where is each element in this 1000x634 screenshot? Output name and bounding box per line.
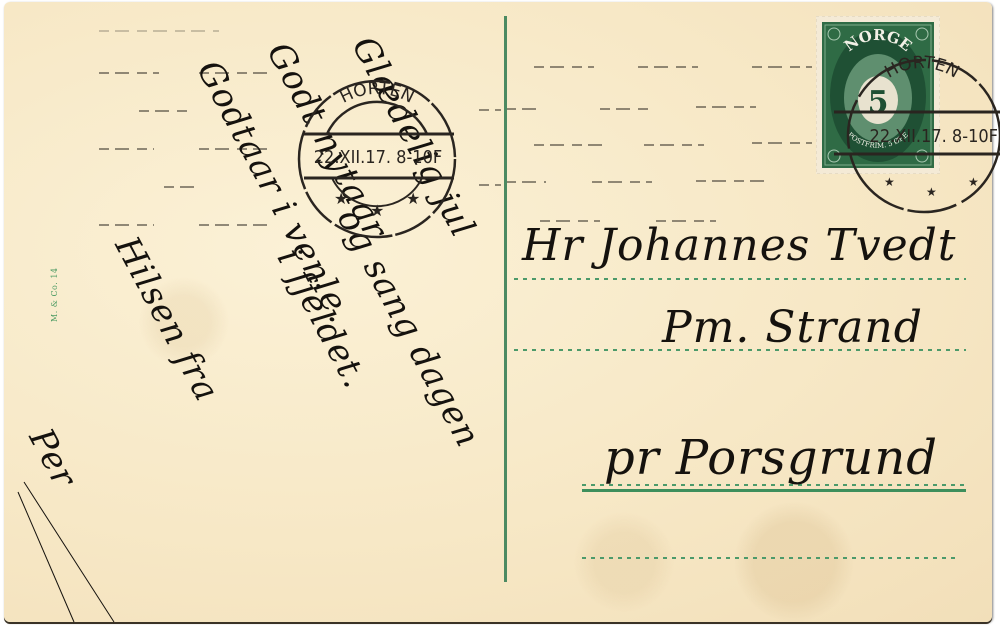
address-underline	[582, 489, 966, 492]
address-guide-line	[506, 181, 546, 183]
message-guide-line	[164, 186, 194, 188]
address-guide-line	[696, 106, 756, 108]
message-guide-line	[99, 30, 219, 32]
address-line-4	[582, 557, 958, 559]
postmark-right: HORTEN 22.XII.17. 8-10F ★ ★ ★	[834, 46, 1000, 216]
message-guide-line	[199, 224, 269, 226]
address-guide-line	[506, 108, 536, 110]
address-line-1	[514, 278, 966, 280]
message-guide-line	[479, 109, 501, 111]
postmark-date: 22.XII.17. 8-10F	[870, 126, 998, 147]
postmark-star-icon: ★	[334, 191, 348, 208]
address-recipient: Hr Johannes Tvedt	[522, 220, 956, 271]
svg-text:HORTEN: HORTEN	[881, 53, 962, 83]
signature-flourish	[4, 442, 124, 634]
postmark-star-icon: ★	[406, 191, 420, 208]
svg-text:HORTEN: HORTEN	[337, 79, 417, 108]
postmark-star-icon: ★	[884, 175, 895, 189]
address-guide-line	[644, 144, 704, 146]
address-town: pr Porsgrund	[604, 430, 938, 486]
postmark-town: HORTEN	[337, 79, 417, 108]
address-guide-line	[534, 66, 594, 68]
address-guide-line	[600, 108, 650, 110]
address-guide-line	[752, 142, 812, 144]
postmark-star-icon: ★	[968, 175, 979, 189]
message-guide-line	[139, 110, 189, 112]
message-guide-line	[99, 72, 159, 74]
address-guide-line	[696, 180, 766, 182]
address-guide-line	[638, 66, 698, 68]
postmark-left: HORTEN 22.XII.17. 8-10F ★ ★ ★	[282, 64, 472, 254]
address-guide-line	[534, 144, 604, 146]
publisher-mark: M. & Co. 14	[50, 267, 59, 322]
postmark-town: HORTEN	[881, 53, 962, 83]
address-guide-line	[752, 66, 812, 68]
postmark-star-icon: ★	[370, 203, 384, 220]
address-guide-line	[592, 181, 652, 183]
postcard: M. & Co. 14 Glædelig jul Godt nytaar og …	[4, 2, 992, 622]
message-guide-line	[99, 148, 154, 150]
postmark-star-icon: ★	[926, 185, 937, 199]
message-guide-line	[479, 184, 501, 186]
postmark-date: 22.XII.17. 8-10F	[314, 147, 442, 168]
message-guide-line	[99, 224, 154, 226]
center-divider	[504, 16, 507, 582]
address-locality: Pm. Strand	[662, 302, 923, 353]
